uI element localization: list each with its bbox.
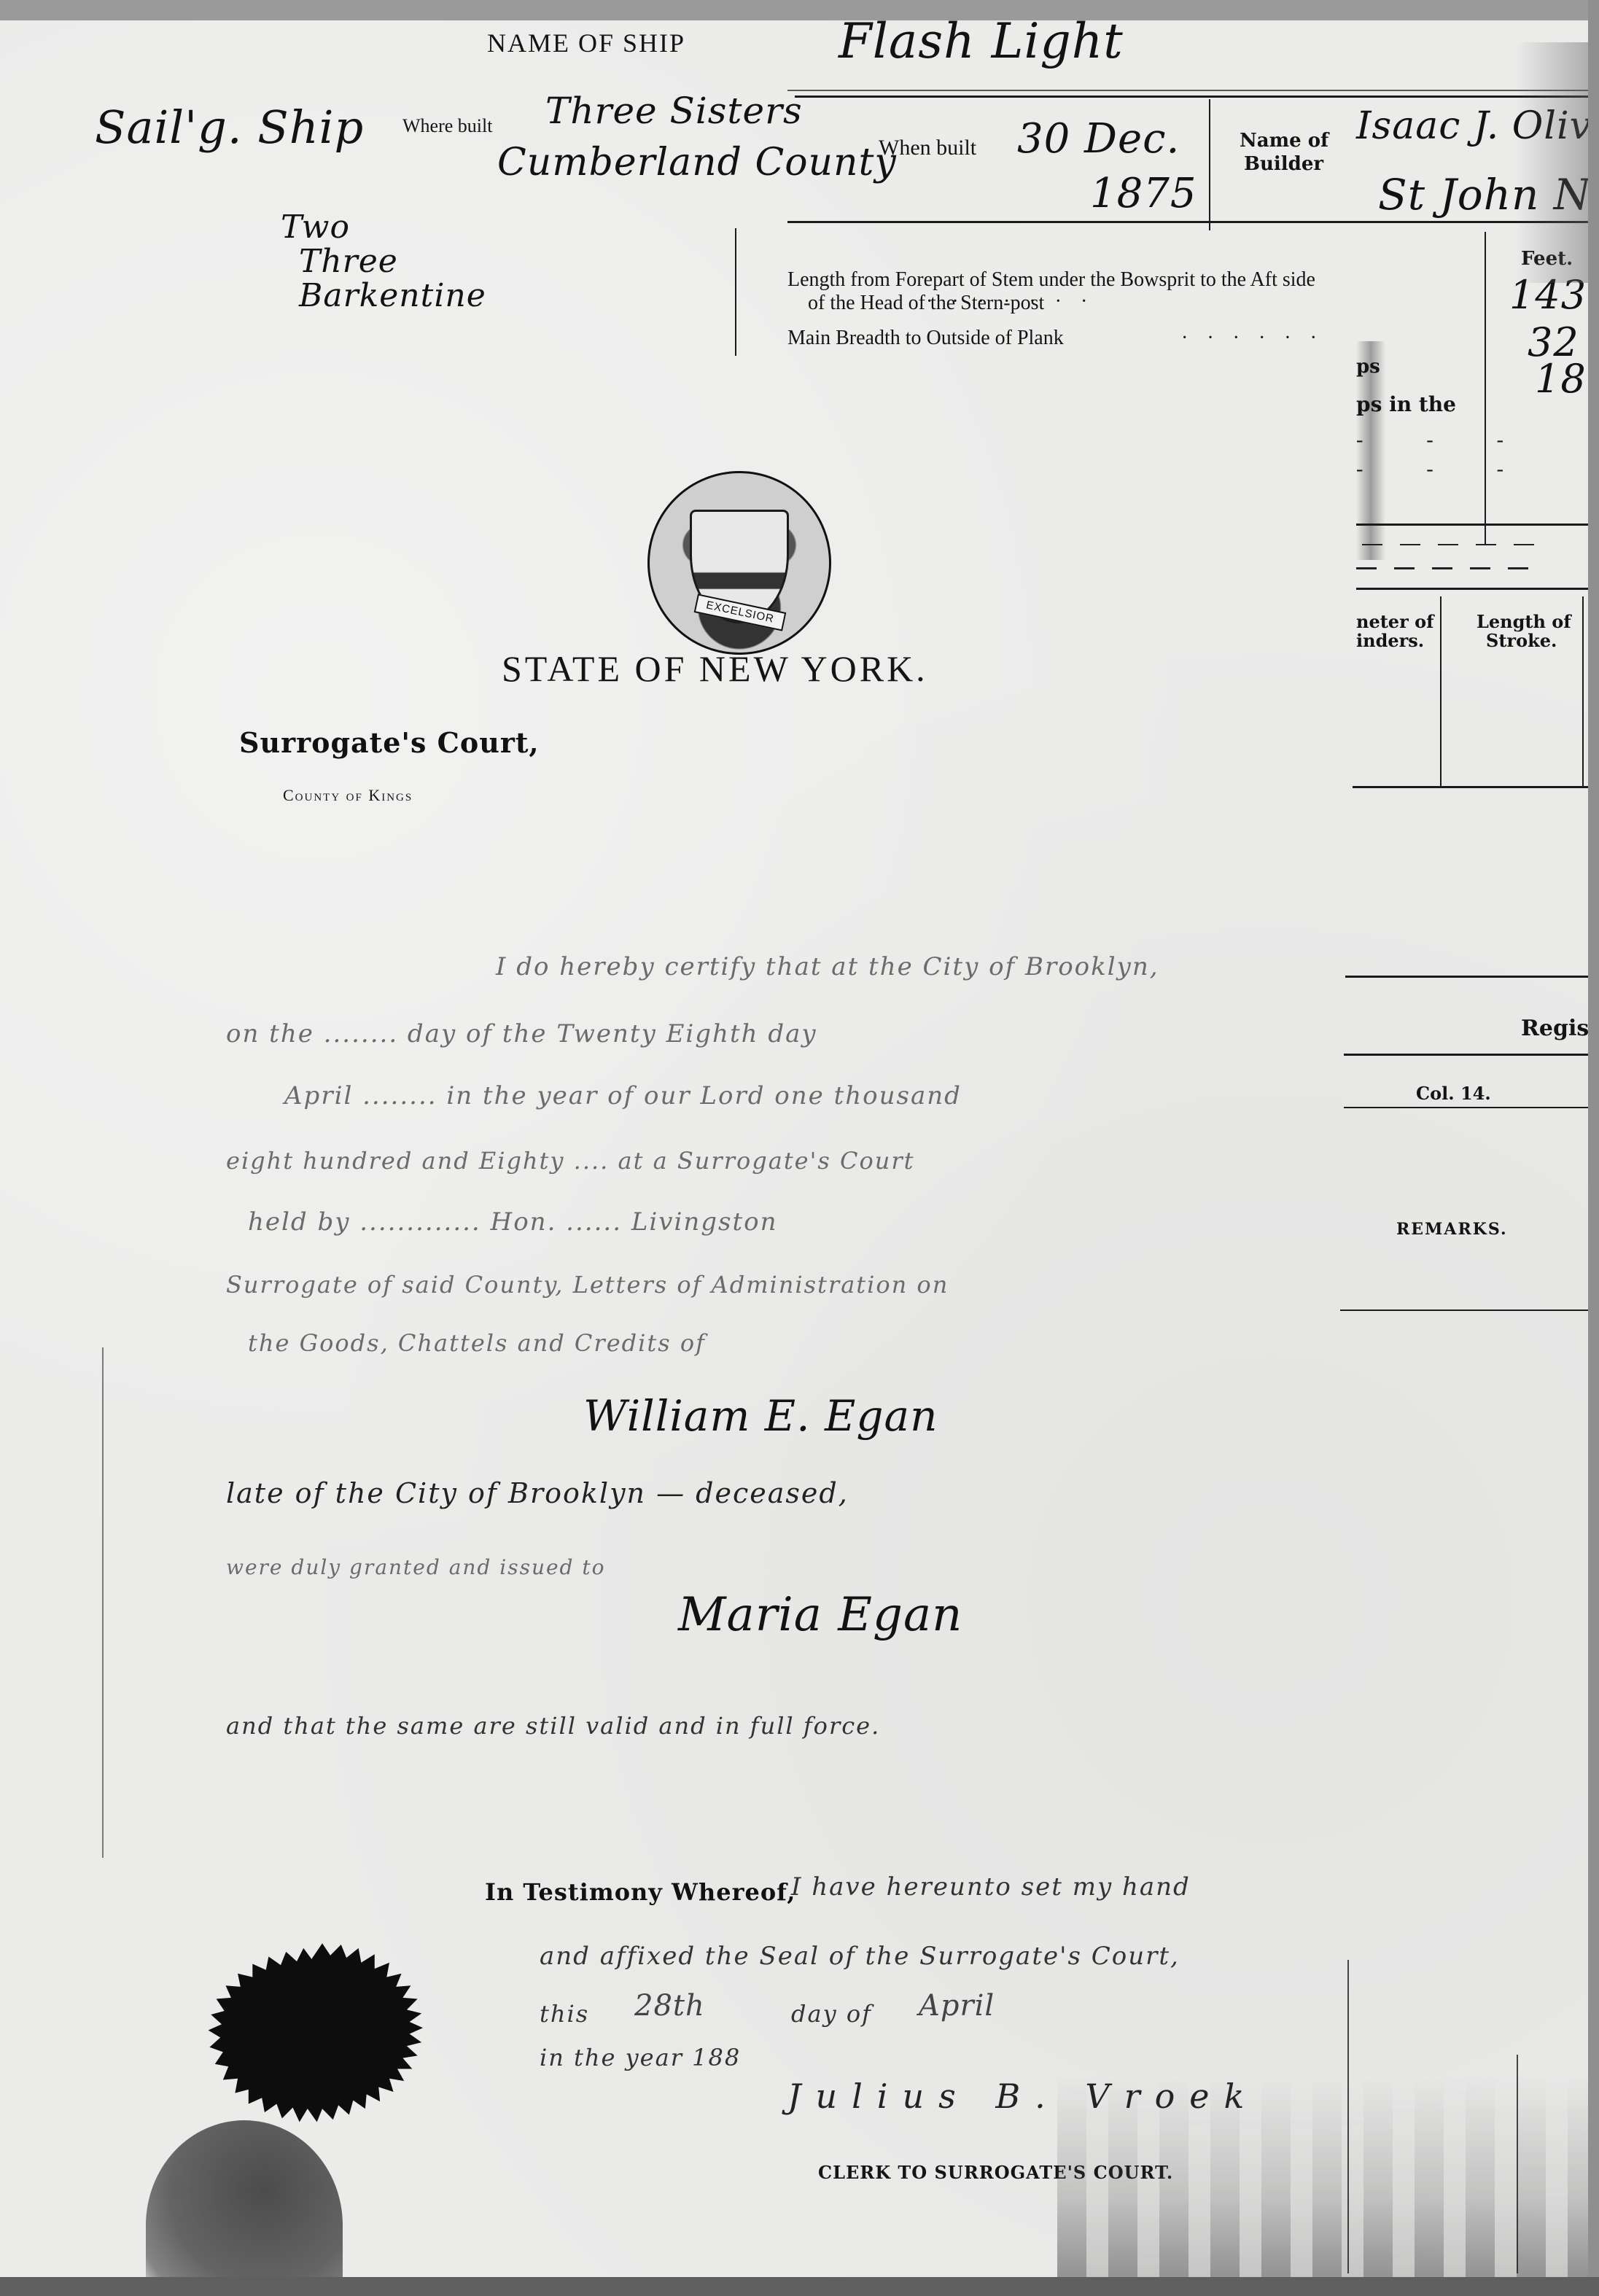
ink-smear-top <box>1517 42 1588 283</box>
testimony-line-4: in the year 188 <box>540 2044 741 2071</box>
remarks-label: REMARKS. <box>1396 1220 1508 1239</box>
builder-label-1: Name of <box>1240 130 1328 152</box>
testimony-line-1: I have hereunto set my hand <box>791 1872 1191 1902</box>
partial-label-ps-in-the: ps in the <box>1356 392 1456 416</box>
length-label-1: Length from Forepart of Stem under the B… <box>787 268 1315 292</box>
name-of-ship-label: NAME OF SHIP <box>487 28 685 58</box>
cylinders-label-2: inders. <box>1356 630 1424 651</box>
rule-engine-mid <box>1356 588 1588 590</box>
testimony-day: 28th <box>634 1989 705 2023</box>
measure-leaders-3: - - - <box>1356 458 1533 481</box>
body-line-4: eight hundred and Eighty .... at a Surro… <box>226 1147 915 1175</box>
where-built-line1: Three Sisters <box>545 90 803 132</box>
bleed-rule-1 <box>1347 1960 1349 2273</box>
col14-label: Col. 14. <box>1416 1083 1491 1104</box>
decks-line-2: Three <box>299 243 398 280</box>
testimony-heading: In Testimony Whereof, <box>485 1878 795 1906</box>
name-of-ship-value: Flash Light <box>839 13 1124 69</box>
ship-name-underline <box>787 90 1588 91</box>
feet-col-left <box>1485 232 1486 545</box>
measure-box-left <box>735 228 736 356</box>
decedent-name: William E. Egan <box>583 1391 938 1441</box>
rule-engine-top <box>1356 524 1588 526</box>
rig-value: Sail'g. Ship <box>95 101 364 154</box>
rule-engine-bottom <box>1353 786 1588 788</box>
when-built-line1: 30 Dec. <box>1017 115 1180 163</box>
decedent-residence: late of the City of Brooklyn — deceased, <box>226 1477 849 1509</box>
measure-leaders-2: - - - <box>1356 429 1533 452</box>
body-line-2: on the ........ day of the Twenty Eighth… <box>226 1019 817 1048</box>
where-built-line2: Cumberland County <box>497 141 897 184</box>
stroke-label-1: Length of <box>1477 611 1571 632</box>
decks-line-3: Barkentine <box>299 277 486 314</box>
scan-edge-bottom <box>0 2277 1599 2296</box>
new-york-state-seal: EXCELSIOR <box>647 471 831 655</box>
rule-registry-bottom <box>1344 1054 1588 1056</box>
county-label: County of Kings <box>283 786 413 805</box>
registry-label: Registr <box>1521 1016 1599 1041</box>
testimony-line-3-mid: day of <box>791 2000 872 2028</box>
rule-registry-top <box>1345 976 1588 978</box>
rule-col14-bottom <box>1344 1107 1588 1108</box>
document-page: NAME OF SHIP Flash Light Sail'g. Ship Wh… <box>0 20 1588 2277</box>
left-margin-rule <box>102 1347 104 1858</box>
body-line-6: Surrogate of said County, Letters of Adm… <box>226 1271 949 1299</box>
stroke-label-2: Stroke. <box>1486 630 1557 651</box>
where-built-label: Where built <box>402 115 492 137</box>
breadth-leaders: ······ <box>1181 327 1336 350</box>
rule-mid <box>787 221 1588 223</box>
ink-bleed-bottom-right <box>1057 2077 1588 2295</box>
decks-line-1: Two <box>281 209 350 246</box>
rule-engine-dash-2 <box>1356 567 1531 569</box>
rule-engine-dash-1 <box>1362 544 1544 545</box>
testimony-line-2: and affixed the Seal of the Surrogate's … <box>540 1942 1180 1971</box>
scan-edge-right <box>1588 0 1599 2296</box>
body-line-7: the Goods, Chattels and Credits of <box>248 1329 706 1357</box>
body-line-5: held by ............. Hon. ...... Living… <box>248 1207 778 1237</box>
when-built-line2: 1875 <box>1090 170 1197 217</box>
testimony-line-3-prefix: this <box>540 2000 589 2028</box>
length-leaders: ······· <box>926 290 1106 314</box>
granted-line: were duly granted and issued to <box>226 1555 606 1579</box>
stroke-col-divider <box>1582 596 1584 786</box>
partial-label-ps: ps <box>1356 356 1380 378</box>
feet-depth-value: 18 <box>1535 356 1587 402</box>
cylinders-label-1: neter of <box>1356 611 1433 632</box>
breadth-label: Main Breadth to Outside of Plank <box>787 327 1064 350</box>
body-line-1: I do hereby certify that at the City of … <box>496 952 1159 981</box>
testimony-month: April <box>919 1989 995 2023</box>
state-title: STATE OF NEW YORK. <box>502 647 928 690</box>
court-title: Surrogate's Court, <box>239 726 540 759</box>
validity-line: and that the same are still valid and in… <box>226 1712 880 1740</box>
when-built-label: When built <box>879 136 976 160</box>
divider-builder <box>1209 99 1210 230</box>
rule-top <box>795 96 1588 98</box>
cyl-col-divider <box>1440 596 1442 786</box>
rule-remarks-bottom <box>1340 1310 1588 1311</box>
builder-label-2: Builder <box>1244 153 1323 175</box>
body-line-3: April ........ in the year of our Lord o… <box>284 1081 962 1110</box>
administrator-name: Maria Egan <box>678 1588 962 1642</box>
bleed-rule-2 <box>1517 2055 1518 2273</box>
